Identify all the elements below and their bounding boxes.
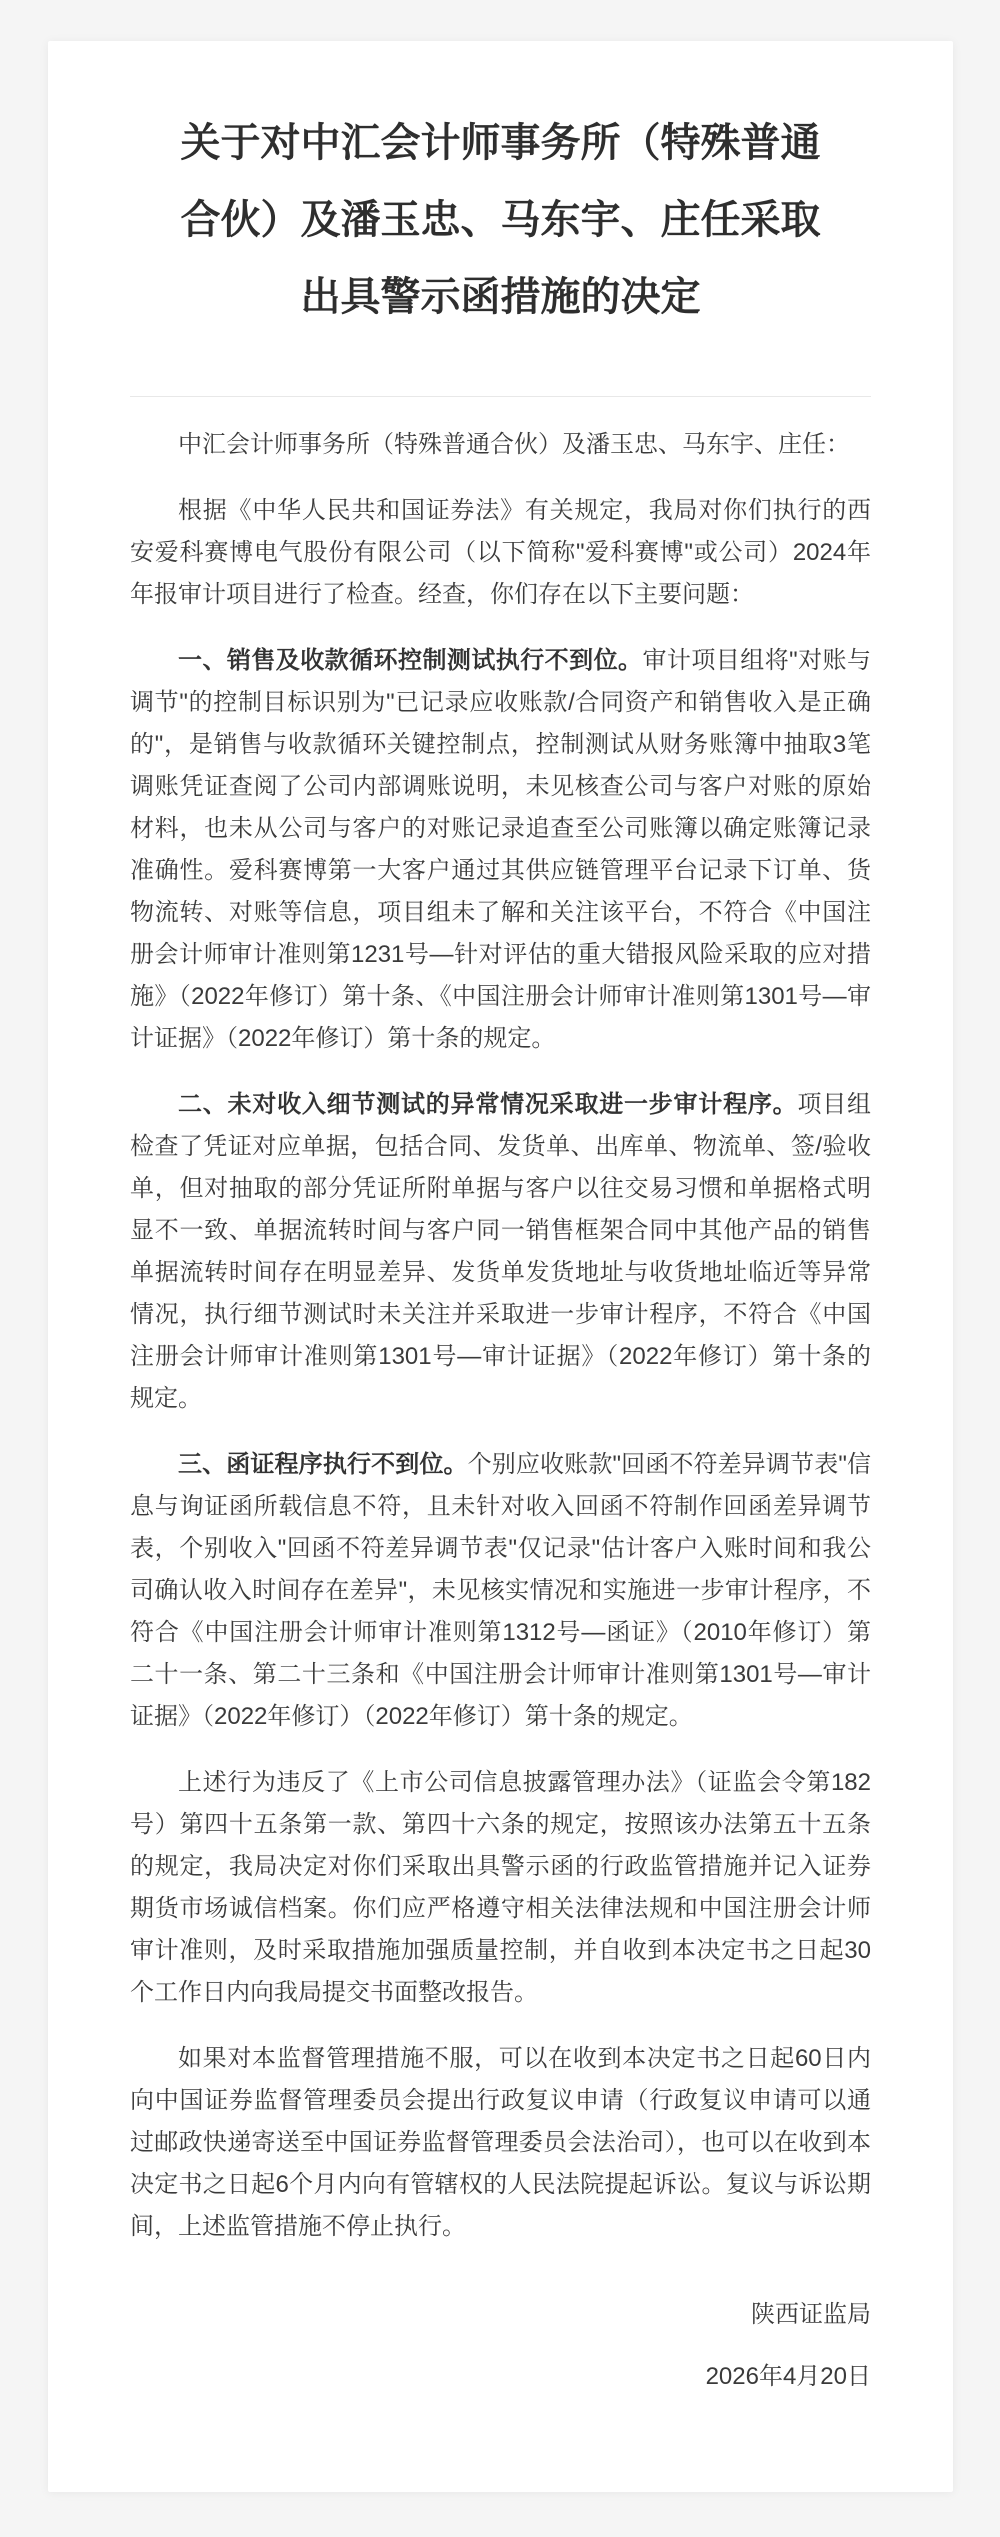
section-2-heading: 二、未对收入细节测试的异常情况采取进一步审计程序。 bbox=[178, 1091, 797, 1118]
section-2-text: 项目组检查了凭证对应单据，包括合同、发货单、出库单、物流单、签/验收单，但对抽取… bbox=[130, 1091, 871, 1412]
section-1-text: 审计项目组将"对账与调节"的控制目标识别为"已记录应收账款/合同资产和销售收入是… bbox=[130, 647, 871, 1052]
document-title: 关于对中汇会计师事务所（特殊普通 合伙）及潘玉忠、马东宇、庄任采取 出具警示函措… bbox=[130, 105, 871, 336]
section-3-heading: 三、函证程序执行不到位。 bbox=[178, 1451, 468, 1478]
section-2-paragraph: 二、未对收入细节测试的异常情况采取进一步审计程序。项目组检查了凭证对应单据，包括… bbox=[130, 1084, 871, 1420]
intro-paragraph: 根据《中华人民共和国证券法》有关规定，我局对你们执行的西安爱科赛博电气股份有限公… bbox=[130, 490, 871, 616]
document-body: 中汇会计师事务所（特殊普通合伙）及潘玉忠、马东宇、庄任： 根据《中华人民共和国证… bbox=[130, 424, 871, 2398]
date: 2026年4月20日 bbox=[130, 2356, 871, 2398]
signature: 陕西证监局 bbox=[130, 2294, 871, 2336]
title-line-2: 合伙）及潘玉忠、马东宇、庄任采取 bbox=[130, 182, 871, 259]
salutation: 中汇会计师事务所（特殊普通合伙）及潘玉忠、马东宇、庄任： bbox=[130, 424, 871, 466]
section-3-text: 个别应收账款"回函不符差异调节表"信息与询证函所载信息不符，且未针对收入回函不符… bbox=[130, 1451, 871, 1730]
page-background: { "colors": { "page_background": "#f5f5f… bbox=[0, 0, 1000, 2537]
section-1-paragraph: 一、销售及收款循环控制测试执行不到位。审计项目组将"对账与调节"的控制目标识别为… bbox=[130, 640, 871, 1060]
section-3-paragraph: 三、函证程序执行不到位。个别应收账款"回函不符差异调节表"信息与询证函所载信息不… bbox=[130, 1444, 871, 1738]
title-line-1: 关于对中汇会计师事务所（特殊普通 bbox=[130, 105, 871, 182]
closing-paragraph-1: 上述行为违反了《上市公司信息披露管理办法》（证监会令第182号）第四十五条第一款… bbox=[130, 1762, 871, 2014]
section-1-heading: 一、销售及收款循环控制测试执行不到位。 bbox=[178, 647, 642, 674]
title-line-3: 出具警示函措施的决定 bbox=[130, 259, 871, 336]
title-divider bbox=[130, 396, 871, 397]
document-card: 关于对中汇会计师事务所（特殊普通 合伙）及潘玉忠、马东宇、庄任采取 出具警示函措… bbox=[48, 41, 953, 2492]
closing-paragraph-2: 如果对本监督管理措施不服，可以在收到本决定书之日起60日内向中国证券监督管理委员… bbox=[130, 2038, 871, 2248]
